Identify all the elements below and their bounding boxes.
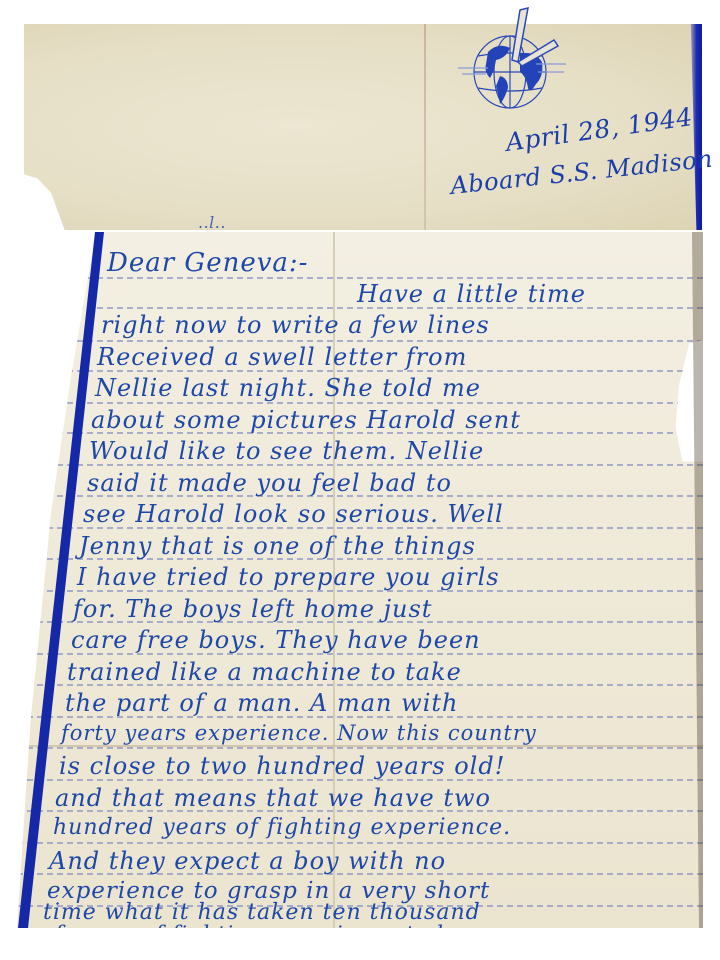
blue-margin-edge <box>0 232 720 932</box>
globe-with-victory-v-icon <box>458 6 578 116</box>
fold-crease <box>424 24 426 230</box>
partial-handwriting-mark: ..l.. <box>198 213 226 232</box>
